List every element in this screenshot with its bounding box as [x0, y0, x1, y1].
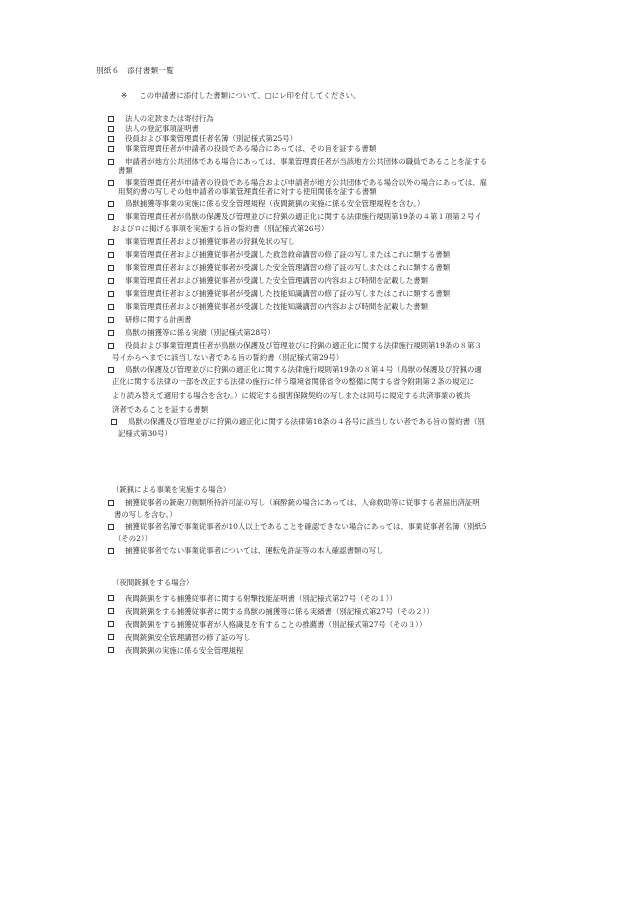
- checklist-item: 事業管理責任者が鳥獣の保護及び管理並びに狩猟の適正化に関する法律施行規則第19条…: [108, 212, 540, 222]
- checkbox[interactable]: [108, 214, 114, 220]
- checklist-item: 申請者が地方公共団体である場合にあっては、事業管理責任者が当該地方公共団体の職員…: [108, 157, 540, 167]
- night-section-title: （夜間銃猟をする場合）: [112, 578, 193, 588]
- checklist-item: 事業管理責任者および捕獲従事者が受講した技能知識講習の内容および時間を記載した書…: [108, 302, 540, 312]
- checklist-item-continuation: 正化に関する法律の一部を改正する法律の施行に伴う環境省関係省令の整備に関する省令…: [108, 375, 540, 389]
- gun-section-title: （銃猟による事業を実施する場合）: [112, 485, 230, 495]
- checkbox[interactable]: [108, 524, 114, 530]
- checklist-item-continuation: およびロに掲げる事項を実施する旨の誓約書（別記様式第26号）: [108, 222, 540, 235]
- checkbox[interactable]: [111, 419, 117, 425]
- checklist-item: 捕獲従事者でない事業従事者については、運転免許証等の本人確認書類の写し: [108, 546, 540, 556]
- instruction-note: ※ この申請書に添付した書類について、□にレ印を付してください。: [121, 91, 360, 101]
- checklist-item: 夜間銃猟安全管理講習の修了証の写し: [108, 631, 540, 644]
- checkbox[interactable]: [108, 634, 114, 640]
- checkbox[interactable]: [108, 265, 114, 271]
- checklist-item-continuation: 記様式第30号）: [108, 427, 540, 441]
- checklist-item: 法人の定款または寄付行為: [108, 114, 540, 124]
- checklist-item-continuation: 書類: [108, 167, 540, 175]
- checklist-item: 夜間銃猟の実施に係る安全管理規程: [108, 644, 540, 657]
- checkbox[interactable]: [108, 252, 114, 258]
- checkbox[interactable]: [108, 239, 114, 245]
- checklist-item: 捕獲従事者名簿で事業従事者が10人以上であることを確認できない場合にあっては、事…: [108, 522, 540, 532]
- checkbox[interactable]: [108, 367, 114, 373]
- checkbox[interactable]: [108, 136, 114, 142]
- checklist-item-continuation: 号イからへまでに該当しない者である旨の誓約書（別記様式第29号）: [108, 351, 540, 365]
- checkbox[interactable]: [108, 180, 114, 186]
- note-mark: ※: [121, 91, 137, 101]
- night-checklist: 夜間銃猟をする捕獲従事者に関する射撃技能証明書（別記様式第27号（その１）） 夜…: [108, 592, 540, 657]
- checkbox[interactable]: [108, 621, 114, 627]
- page-title: 別紙６ 添付書類一覧: [96, 66, 174, 76]
- checklist-item: 事業管理責任者および捕獲従事者が受講した安全管理講習の修了証の写しまたはこれに類…: [108, 263, 540, 273]
- note-text: この申請書に添付した書類について、□にレ印を付してください。: [139, 91, 360, 100]
- checklist-item: 鳥獣の保護及び管理並びに狩猟の適正化に関する法律施行規則第19条の８第４号（鳥獣…: [108, 365, 540, 375]
- checkbox[interactable]: [108, 548, 114, 554]
- checklist-item: 捕獲従事者の銃砲刀剣類所持許可証の写し（麻酔銃の場合にあっては、人命救助等に従事…: [108, 498, 540, 508]
- checklist-item: 夜間銃猟をする捕獲従事者に関する鳥獣の捕獲等に係る実績書（別記様式第27号（その…: [108, 605, 540, 618]
- checklist-item: 鳥獣の保護及び管理並びに狩猟の適正化に関する法律第18条の４各号に該当しない者で…: [111, 417, 540, 427]
- checklist-item: 鳥獣の捕獲等に係る実績（別記様式第28号）: [108, 328, 540, 338]
- checkbox[interactable]: [108, 159, 114, 165]
- checkbox[interactable]: [108, 291, 114, 297]
- checkbox[interactable]: [108, 146, 114, 152]
- checklist-item-continuation: （その2））: [108, 532, 540, 546]
- checklist-item: 事業管理責任者および捕獲従事者が受講した救急救命講習の修了証の写しまたはこれに類…: [108, 250, 540, 260]
- checklist-item: 法人の登記事項証明書: [108, 124, 540, 134]
- checkbox[interactable]: [108, 116, 114, 122]
- checklist-item: 事業管理責任者および捕獲従事者の狩猟免状の写し: [108, 237, 540, 247]
- checklist-item: 事業管理責任者および捕獲従事者が受講した技能知識講習の修了証の写しまたはこれに類…: [108, 289, 540, 299]
- checkbox[interactable]: [108, 500, 114, 506]
- checkbox[interactable]: [108, 647, 114, 653]
- checklist-item: 研修に関する計画書: [108, 315, 540, 325]
- checklist-item: 役員および事業管理責任者名簿（別記様式第25号）: [108, 134, 540, 144]
- checkbox[interactable]: [108, 304, 114, 310]
- checkbox[interactable]: [108, 343, 114, 349]
- checklist-item: 事業管理責任者および捕獲従事者が受講した安全管理講習の内容および時間を記載した書…: [108, 276, 540, 286]
- checklist-item: 夜間銃猟をする捕獲従事者が人格識見を有することの推薦書（別記様式第27号（その３…: [108, 618, 540, 631]
- checklist-item: 夜間銃猟をする捕獲従事者に関する射撃技能証明書（別記様式第27号（その１））: [108, 592, 540, 605]
- checkbox[interactable]: [108, 278, 114, 284]
- main-checklist: 法人の定款または寄付行為 法人の登記事項証明書 役員および事業管理責任者名簿（別…: [108, 114, 540, 441]
- checkbox[interactable]: [108, 595, 114, 601]
- checklist-item: 事業管理責任者が申請者の役員である場合にあっては、その旨を証する書類: [108, 144, 540, 154]
- checkbox[interactable]: [108, 317, 114, 323]
- checkbox[interactable]: [108, 608, 114, 614]
- checkbox[interactable]: [108, 201, 114, 207]
- gun-checklist: 捕獲従事者の銃砲刀剣類所持許可証の写し（麻酔銃の場合にあっては、人命救助等に従事…: [108, 498, 540, 556]
- checkbox[interactable]: [108, 330, 114, 336]
- checklist-item-continuation: 書の写しを含む。）: [108, 508, 540, 522]
- checkbox[interactable]: [108, 126, 114, 132]
- checklist-item-continuation: 済者であることを証する書類: [108, 403, 540, 417]
- checklist-item-continuation: 用契約書の写しその他申請者の事業管理責任者に対する使用関係を証する書類: [108, 188, 540, 196]
- checklist-item: 役員および事業管理責任者が鳥獣の保護及び管理並びに狩猟の適正化に関する法律施行規…: [108, 341, 540, 351]
- checklist-item-continuation: より読み替えて適用する場合を含む。）に規定する損害保険契約の写しまたは同号に規定…: [108, 389, 540, 403]
- checklist-item: 鳥獣捕獲等事業の実施に係る安全管理規程（夜間銃猟の実施に係る安全管理規程を含む。…: [108, 199, 540, 209]
